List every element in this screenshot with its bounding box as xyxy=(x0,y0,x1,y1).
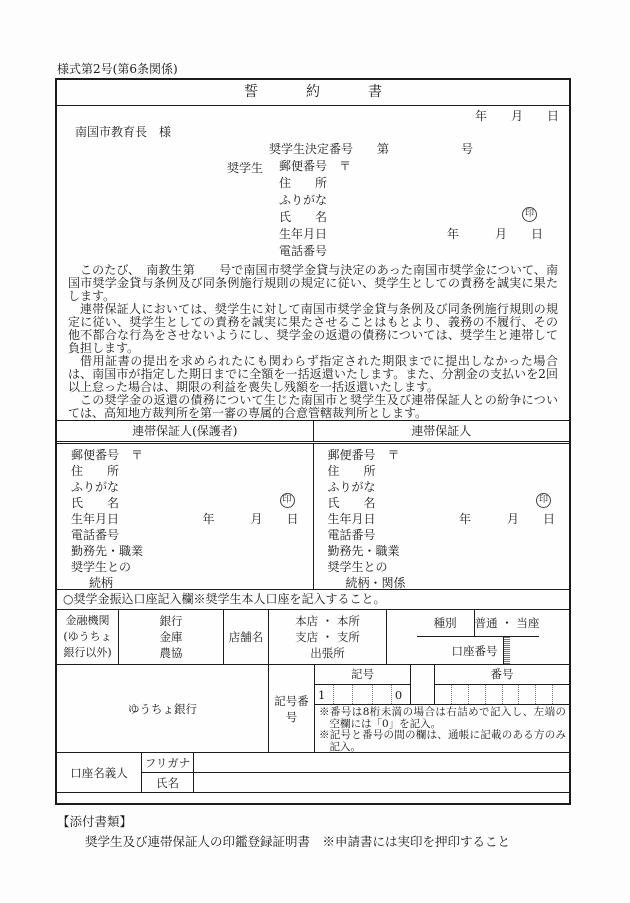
account-holder-fields: フリガナ 氏名 xyxy=(142,753,569,792)
guarantor-right-relation-1: 奨学生との xyxy=(314,559,570,575)
digit-cell xyxy=(535,685,552,704)
scholar-role-label: 奨学生 xyxy=(227,159,263,176)
account-section-heading: ○奨学金振込口座記入欄※奨学生本人口座を記入すること。 xyxy=(57,589,569,609)
decision-number-row: 奨学生決定番号 第 号 xyxy=(57,140,569,158)
scholar-birth-label: 生年月日 xyxy=(279,226,327,243)
digit-cell xyxy=(485,685,502,704)
pledge-form-box: 誓約書 年 月 日 南国市教育長 様 奨学生決定番号 第 号 奨学生 郵便番号 … xyxy=(55,78,571,805)
seal-icon: 印 xyxy=(280,493,295,508)
account-type-number-cell: 種別 普通 ・ 当座 口座番号 xyxy=(387,610,569,664)
guarantor-left-birth-ymd: 年 月 日 xyxy=(202,511,298,527)
bank-account-table: 金融機関 (ゆうちょ 銀行以外) 銀行 金庫 農協 店舗名 本店 ・ 本所 支店… xyxy=(57,609,569,804)
form-code: 様式第2号(第6条関係) xyxy=(57,60,178,77)
guarantor-left-column: 郵便番号 〒 住 所 ふりがな 氏 名 印 生年月日 年 月 日 電話番号 勤務… xyxy=(57,444,314,589)
scholar-phone-line: 電話番号 xyxy=(279,243,569,260)
bank-row: 金融機関 (ゆうちょ 銀行以外) 銀行 金庫 農協 店舗名 本店 ・ 本所 支店… xyxy=(57,610,569,664)
guarantor-left-birth-line: 生年月日 年 月 日 xyxy=(57,511,313,527)
note-2: ※記号と番号の間の欄は、通帳に記載のある方のみ記入。 xyxy=(319,730,566,752)
kigo-bango-area: 記号 1 0 番号 xyxy=(315,665,569,752)
bank-types-cell: 銀行 金庫 農協 xyxy=(119,610,224,664)
guarantor-headers: 連帯保証人(保護者) 連帯保証人 xyxy=(57,421,569,444)
pledge-paragraph-2: 連帯保証人においては、奨学生に対して南国市奨学金貸与条例及び同条例施行規則の規定… xyxy=(68,303,558,355)
digit-cell xyxy=(509,637,510,664)
guarantor-left-name-line: 氏 名 印 xyxy=(57,495,313,511)
yucho-row: ゆうちょ銀行 記号番号 記号 1 0 xyxy=(57,664,569,752)
decision-number-label: 奨学生決定番号 xyxy=(269,140,353,158)
office-types-cell: 本店 ・ 本所 支店 ・ 支所 出張所 xyxy=(269,610,387,664)
account-number-label: 口座番号 xyxy=(446,637,504,664)
note-1: ※番号は8桁未満の場合は右詰めで記入し、左端の空欄には「0」を記入。 xyxy=(319,707,566,730)
scholar-address-line: 住 所 xyxy=(279,175,569,192)
guarantor-right-phone: 電話番号 xyxy=(314,527,570,543)
branch-name-label: 店舗名 xyxy=(224,610,269,664)
kigo-bango-label: 記号番号 xyxy=(269,665,315,752)
scholar-block: 奨学生 郵便番号 〒 住 所 ふりがな 氏 名 印 生年月日 年 月 日 電話番… xyxy=(57,158,569,261)
scholar-birth-ymd: 年 月 日 xyxy=(447,226,543,243)
digit-cell xyxy=(451,685,468,704)
scholar-name-label: 氏 名 xyxy=(279,209,327,226)
guarantor-right-birth-line: 生年月日 年 月 日 xyxy=(314,511,570,527)
guarantor-right-name-label: 氏 名 xyxy=(328,495,376,511)
pledge-paragraph-4: この奨学金の返還の債務について生じた南国市と奨学生及び連帯保証人との紛争について… xyxy=(68,394,558,420)
account-number-row: 口座番号 xyxy=(446,637,510,664)
attachments-heading: 【添付書類】 xyxy=(57,812,510,830)
digit-cell xyxy=(352,685,371,704)
guarantor-right-relation-2: 続柄・関係 xyxy=(314,575,570,589)
scholar-postal-line: 郵便番号 〒 xyxy=(279,158,569,175)
decision-number-prefix: 第 xyxy=(377,140,389,158)
guarantor-left-header: 連帯保証人(保護者) xyxy=(57,421,314,441)
decision-number-suffix: 号 xyxy=(461,140,473,158)
guarantor-left-furigana: ふりがな xyxy=(57,479,313,495)
kigo-bango-notes: ※番号は8桁未満の場合は右詰めで記入し、左端の空欄には「0」を記入。 ※記号と番… xyxy=(315,705,569,752)
guarantor-left-birth-label: 生年月日 xyxy=(71,511,119,527)
guarantor-right-address: 住 所 xyxy=(314,463,570,479)
kigo-bango-gap-cell xyxy=(410,665,435,704)
account-number-digit-cells xyxy=(504,637,510,664)
pledge-text: このたび、 南教生第 号で南国市奨学金貸与決定のあった南国市奨学金について、南国… xyxy=(57,261,569,420)
holder-name-label: 氏名 xyxy=(142,773,194,792)
guarantor-right-furigana: ふりがな xyxy=(314,479,570,495)
guarantor-right-header: 連帯保証人 xyxy=(314,421,570,441)
guarantor-left-address: 住 所 xyxy=(57,463,313,479)
bango-header: 番号 xyxy=(435,665,569,685)
holder-name-row: 氏名 xyxy=(142,773,569,792)
page-title: 誓約書 xyxy=(57,80,569,106)
digit-cell xyxy=(518,685,535,704)
top-block: 年 月 日 南国市教育長 様 奨学生決定番号 第 号 奨学生 郵便番号 〒 住 … xyxy=(57,106,569,261)
holder-name-blank xyxy=(194,773,569,792)
holder-furigana-row: フリガナ xyxy=(142,753,569,773)
account-type-label: 種別 xyxy=(417,610,475,636)
guarantor-left-name-label: 氏 名 xyxy=(71,495,119,511)
guarantor-right-birth-ymd: 年 月 日 xyxy=(459,511,555,527)
digit-cell: 1 xyxy=(315,685,333,704)
digit-cell xyxy=(333,685,352,704)
digit-cell xyxy=(502,685,519,704)
scholar-furigana-line: ふりがな xyxy=(279,192,569,209)
guarantor-right-column: 郵便番号 〒 住 所 ふりがな 氏 名 印 生年月日 年 月 日 電話番号 勤務… xyxy=(314,444,570,589)
account-type-options: 普通 ・ 当座 xyxy=(475,610,540,636)
bottom-strip xyxy=(57,792,569,804)
guarantor-table: 連帯保証人(保護者) 連帯保証人 郵便番号 〒 住 所 ふりがな 氏 名 印 生… xyxy=(57,420,569,589)
digit-cell: 0 xyxy=(391,685,410,704)
guarantor-right-work: 勤務先・職業 xyxy=(314,543,570,559)
attachments-block: 【添付書類】 奨学生及び連帯保証人の印鑑登録証明書 ※申請書には実印を押印するこ… xyxy=(57,812,510,850)
kigo-digit-cells: 1 0 xyxy=(315,685,410,704)
addressee: 南国市教育長 様 xyxy=(57,124,569,140)
digit-cell xyxy=(552,685,569,704)
pledge-paragraph-1: このたび、 南教生第 号で南国市奨学金貸与決定のあった南国市奨学金について、南国… xyxy=(68,264,558,303)
account-type-row: 種別 普通 ・ 当座 xyxy=(417,610,540,637)
guarantor-left-relation-2: 続柄 xyxy=(57,575,313,589)
bango-digit-cells xyxy=(435,685,569,704)
guarantor-left-work: 勤務先・職業 xyxy=(57,543,313,559)
kigo-header: 記号 xyxy=(315,665,410,685)
account-holder-label: 口座名義人 xyxy=(57,753,142,792)
seal-icon: 印 xyxy=(522,207,537,222)
kigo-section: 記号 1 0 xyxy=(315,665,410,704)
guarantor-left-relation-1: 奨学生との xyxy=(57,559,313,575)
guarantor-right-name-line: 氏 名 印 xyxy=(314,495,570,511)
guarantor-left-postal: 郵便番号 〒 xyxy=(57,447,313,463)
date-line: 年 月 日 xyxy=(57,109,569,124)
seal-icon: 印 xyxy=(536,493,551,508)
guarantor-body: 郵便番号 〒 住 所 ふりがな 氏 名 印 生年月日 年 月 日 電話番号 勤務… xyxy=(57,444,569,589)
digit-cell xyxy=(468,685,485,704)
guarantor-right-postal: 郵便番号 〒 xyxy=(314,447,570,463)
bango-section: 番号 xyxy=(435,665,569,704)
yucho-bank-name: ゆうちょ銀行 xyxy=(57,665,269,752)
account-holder-row: 口座名義人 フリガナ 氏名 xyxy=(57,752,569,792)
digit-cell xyxy=(372,685,391,704)
financial-institution-label: 金融機関 (ゆうちょ 銀行以外) xyxy=(57,610,119,664)
kigo-bango-grid: 記号 1 0 番号 xyxy=(315,665,569,705)
digit-cell xyxy=(435,685,451,704)
scholar-name-line: 氏 名 印 xyxy=(279,209,569,226)
pledge-paragraph-3: 借用証書の提出を求められたにも関わらず指定された期限までに提出しなかった場合は、… xyxy=(68,355,558,394)
holder-furigana-blank xyxy=(194,753,569,772)
document-page: 様式第2号(第6条関係) 誓約書 年 月 日 南国市教育長 様 奨学生決定番号 … xyxy=(0,0,630,903)
scholar-birth-line: 生年月日 年 月 日 xyxy=(279,226,569,243)
attachments-item: 奨学生及び連帯保証人の印鑑登録証明書 ※申請書には実印を押印すること xyxy=(57,832,510,850)
guarantor-left-phone: 電話番号 xyxy=(57,527,313,543)
holder-furigana-label: フリガナ xyxy=(142,753,194,772)
guarantor-right-birth-label: 生年月日 xyxy=(328,511,376,527)
